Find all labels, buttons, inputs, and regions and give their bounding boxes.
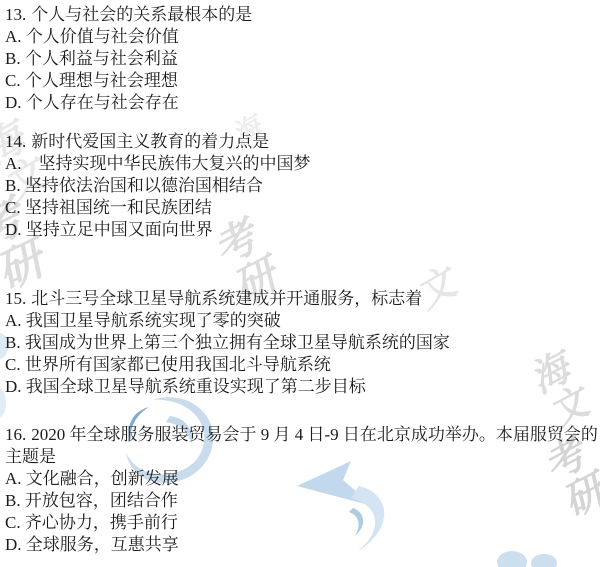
question-stem-text: 新时代爱国主义教育的着力点是 [31, 132, 269, 151]
option-b: B. 个人利益与社会利益 [5, 48, 599, 70]
option-a: A. 个人价值与社会价值 [5, 26, 599, 48]
option-d: D. 全球服务，互惠共享 [5, 534, 599, 556]
option-b: B. 开放包容，团结合作 [5, 490, 599, 512]
question-stem-text: 个人与社会的关系最根本的是 [31, 5, 252, 24]
option-d: D. 坚持立足中国又面向世界 [5, 219, 599, 241]
option-a: A. 文化融合，创新发展 [5, 468, 599, 490]
question-stem: 15.北斗三号全球卫星导航系统建成并开通服务，标志着 [5, 288, 599, 310]
question-stem: 16.2020 年全球服务服装贸易会于 9 月 4 日-9 日在北京成功举办。本… [5, 424, 599, 468]
option-a: A. 坚持实现中华民族伟大复兴的中国梦 [5, 153, 599, 175]
question-stem: 14.新时代爱国主义教育的着力点是 [5, 131, 599, 153]
question-number: 16. [5, 425, 26, 444]
option-c: C. 坚持祖国统一和民族团结 [5, 197, 599, 219]
option-b: B. 我国成为世界上第三个独立拥有全球卫星导航系统的国家 [5, 332, 599, 354]
question-16: 16.2020 年全球服务服装贸易会于 9 月 4 日-9 日在北京成功举办。本… [5, 424, 599, 556]
question-number: 13. [5, 5, 26, 24]
option-b: B. 坚持依法治国和以德治国相结合 [5, 175, 599, 197]
question-13: 13.个人与社会的关系最根本的是 A. 个人价值与社会价值 B. 个人利益与社会… [5, 4, 599, 114]
question-number: 15. [5, 289, 26, 308]
option-c: C. 世界所有国家都已使用我国北斗导航系统 [5, 354, 599, 376]
question-stem-text: 2020 年全球服务服装贸易会于 9 月 4 日-9 日在北京成功举办。本届服贸… [5, 425, 598, 466]
exam-page: 海文 考研 考研 文 海文 考研 海 [0, 0, 600, 567]
option-c: C. 个人理想与社会理想 [5, 70, 599, 92]
option-d: D. 个人存在与社会存在 [5, 92, 599, 114]
question-14: 14.新时代爱国主义教育的着力点是 A. 坚持实现中华民族伟大复兴的中国梦 B.… [5, 131, 599, 241]
questions-area: 13.个人与社会的关系最根本的是 A. 个人价值与社会价值 B. 个人利益与社会… [0, 0, 600, 567]
option-a: A. 我国卫星导航系统实现了零的突破 [5, 310, 599, 332]
option-c: C. 齐心协力，携手前行 [5, 512, 599, 534]
question-15: 15.北斗三号全球卫星导航系统建成并开通服务，标志着 A. 我国卫星导航系统实现… [5, 288, 599, 398]
option-d: D. 我国全球卫星导航系统重设实现了第二步目标 [5, 376, 599, 398]
question-stem: 13.个人与社会的关系最根本的是 [5, 4, 599, 26]
question-number: 14. [5, 132, 26, 151]
question-stem-text: 北斗三号全球卫星导航系统建成并开通服务，标志着 [31, 289, 422, 308]
